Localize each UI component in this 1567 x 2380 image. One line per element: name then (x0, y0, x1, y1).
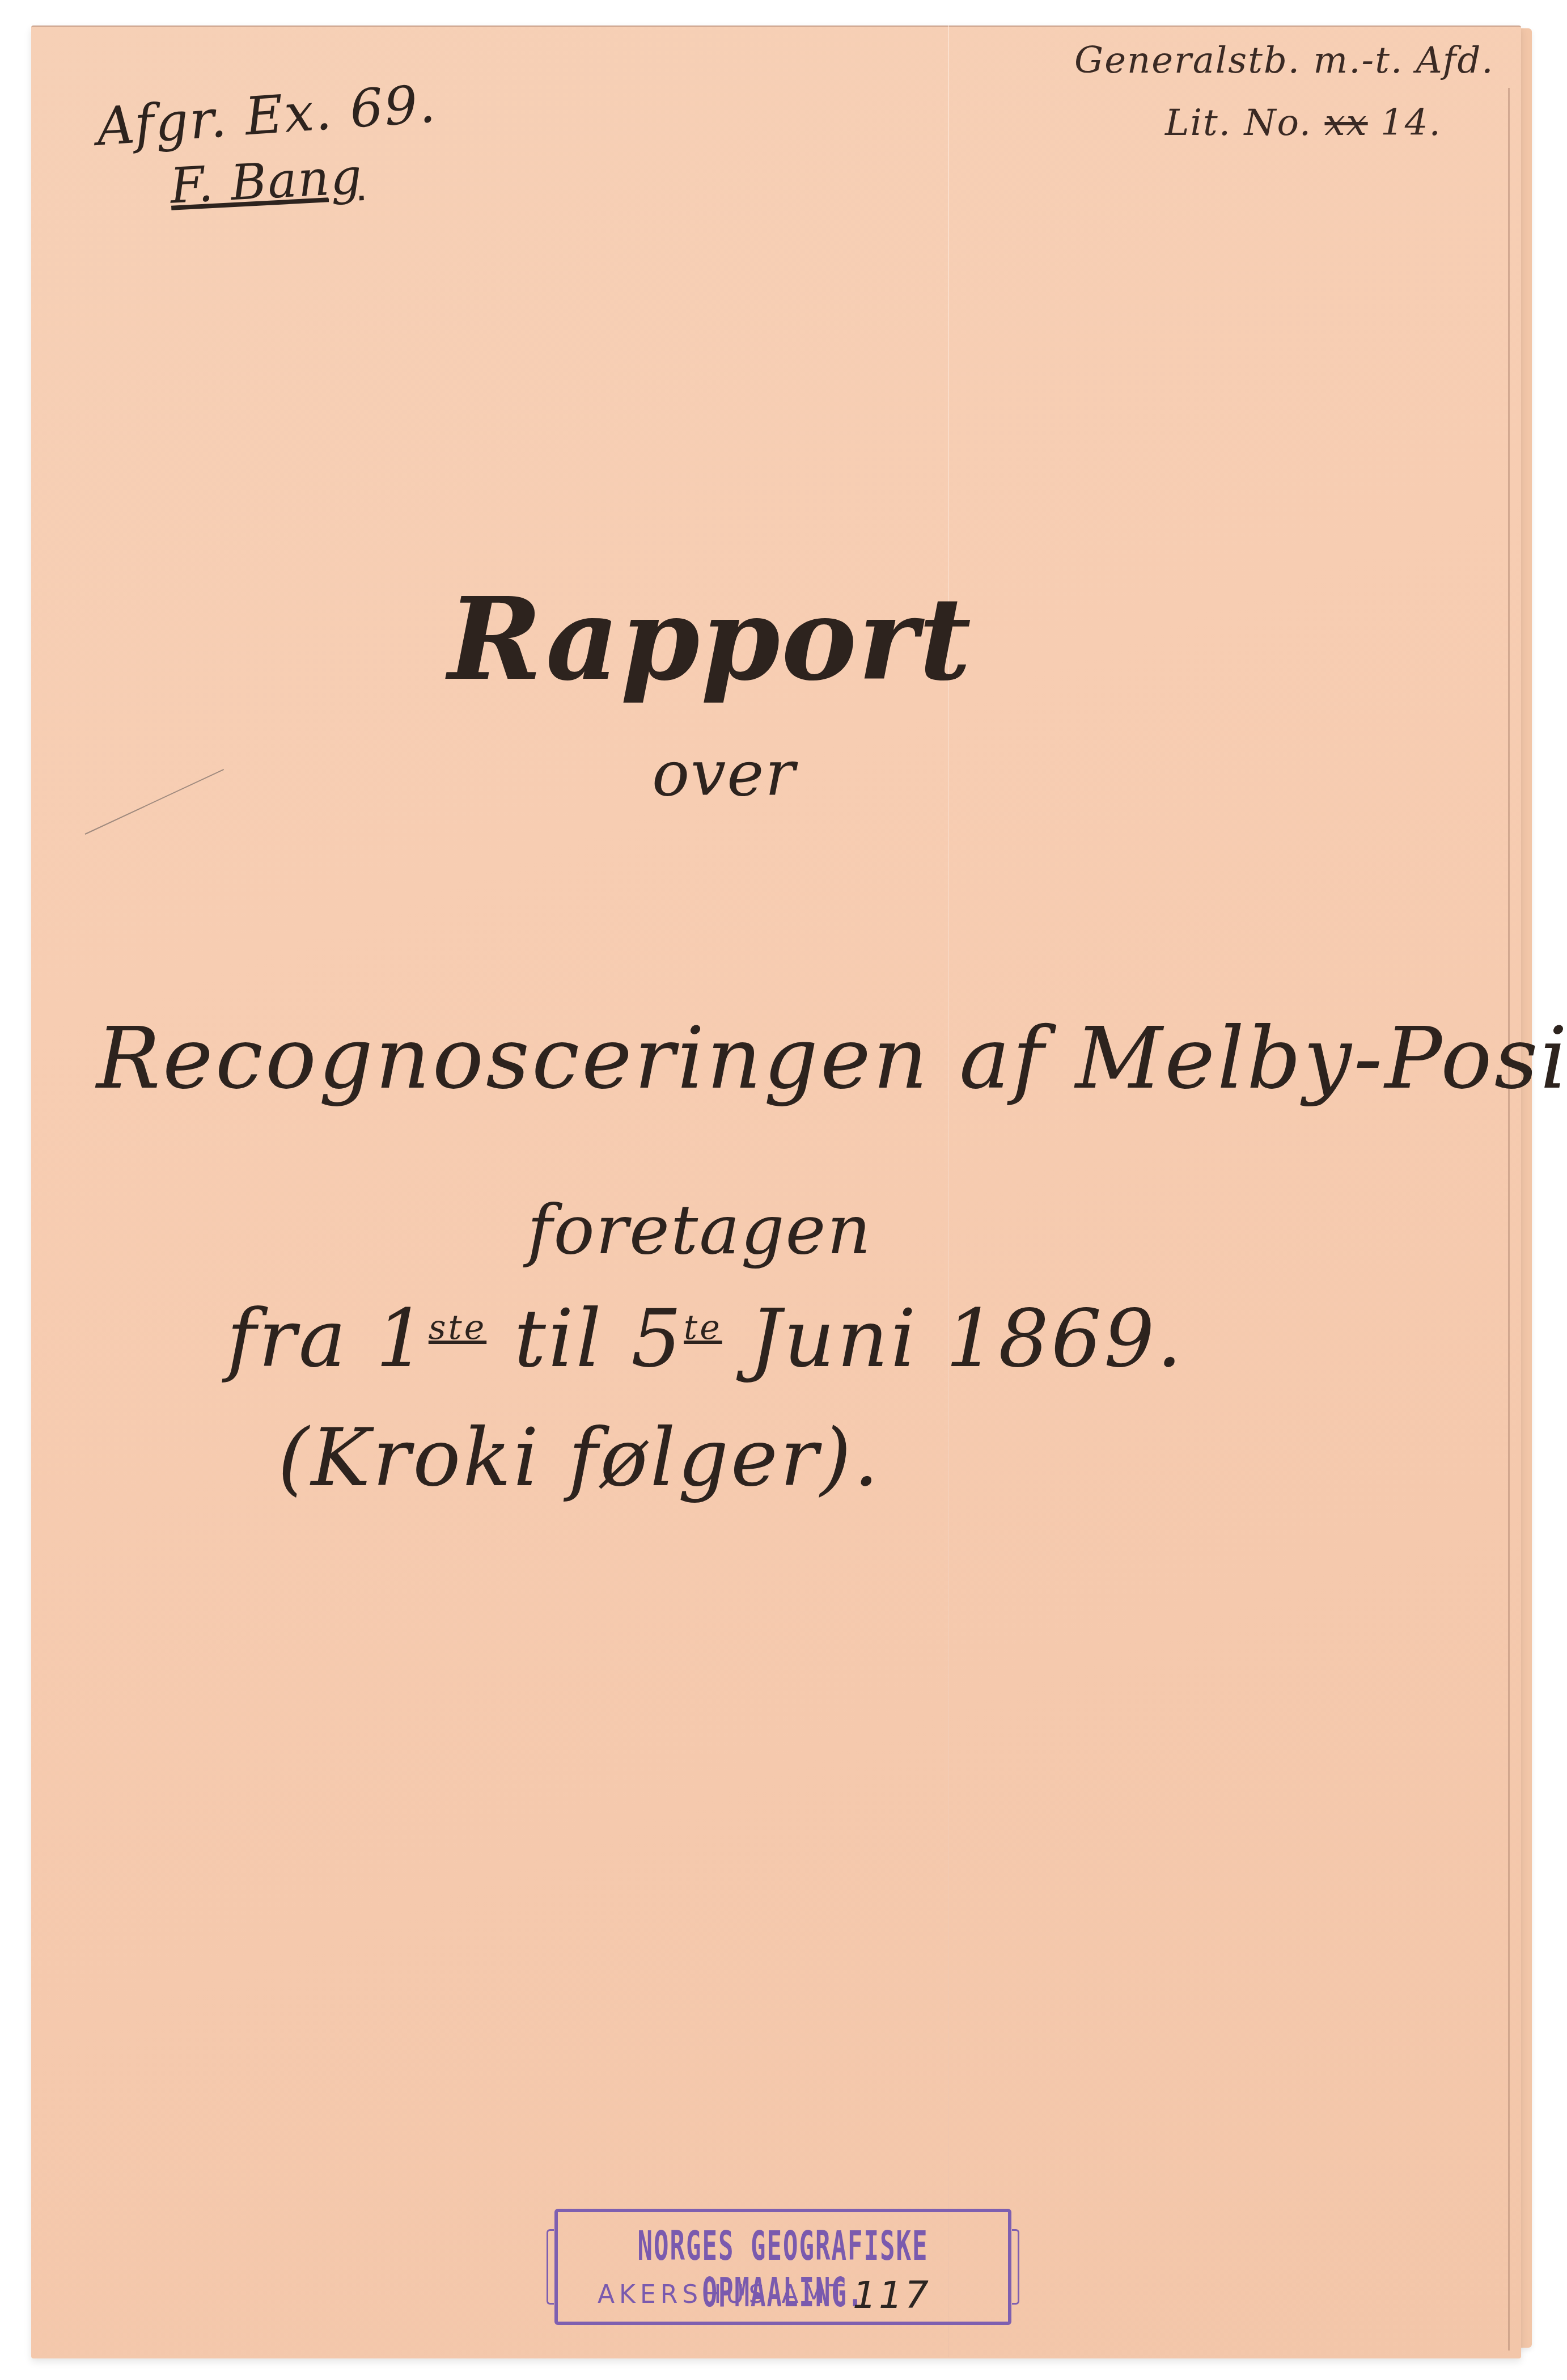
report-verb: foretagen (527, 1191, 872, 1270)
reference-value: 14. (1380, 102, 1442, 144)
signature: F. Bang (169, 148, 365, 215)
date-ordinal: ste (429, 1308, 486, 1347)
page-title: Rapport (448, 573, 972, 706)
paper-edge (1508, 88, 1510, 2351)
department-note: Generalstb. m.-t. Afd. (1074, 40, 1494, 82)
stamp-number: 117 (853, 2273, 931, 2317)
reference-prefix: Lit. No. (1165, 102, 1312, 144)
title-connector: over (652, 737, 796, 810)
date-part: til 5 (486, 1293, 684, 1385)
report-note: (Kroki følger). (278, 1412, 881, 1504)
archive-stamp: NORGES GEOGRAFISKE OPMAALING. AKERSHUS A… (554, 2209, 1011, 2325)
reference-struck-value: xx (1324, 102, 1367, 144)
stamp-county: AKERSHUS AMT (598, 2280, 849, 2309)
date-part: fra 1 (227, 1293, 429, 1385)
reference-number: Lit. No. xx 14. (1165, 102, 1442, 144)
date-part: Juni 1869. (722, 1293, 1184, 1385)
report-date: fra 1ste til 5te Juni 1869. (227, 1293, 1184, 1385)
report-subject: Recognosceringen af Melby-Positionen (96, 1009, 1567, 1108)
date-ordinal: te (684, 1308, 722, 1347)
paper-fold-line (948, 26, 949, 2357)
